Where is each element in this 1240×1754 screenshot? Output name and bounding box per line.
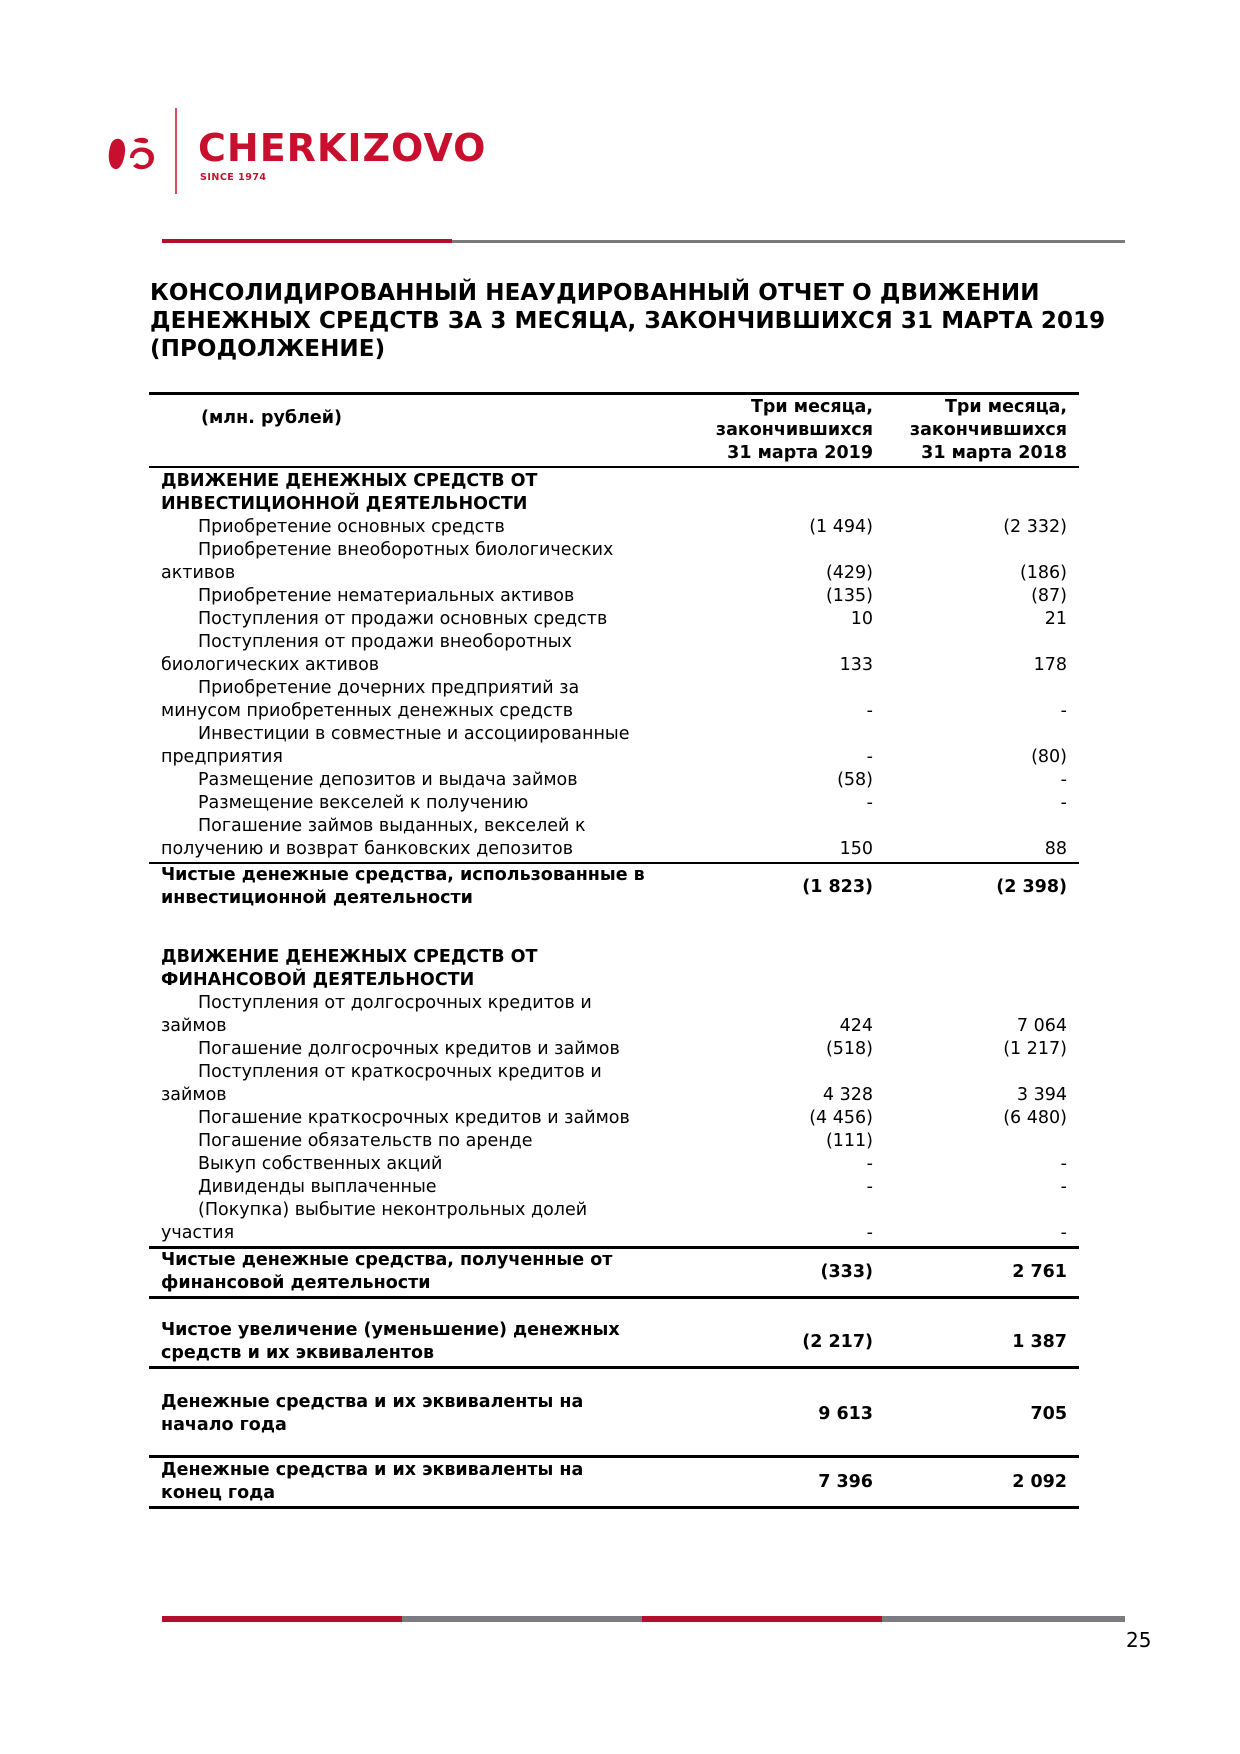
value-2018: (6 480): [1003, 1107, 1067, 1130]
row-label: Чистые денежные средства, полученные отф…: [161, 1249, 721, 1295]
row-label: Погашение займов выданных, векселей кпол…: [161, 815, 721, 861]
value-2018: 705: [1030, 1403, 1067, 1426]
value-2019: -: [867, 1153, 873, 1176]
total-rule: [149, 1455, 1079, 1458]
net-change-row: Чистое увеличение (уменьшение) денежныхс…: [161, 1319, 1079, 1365]
row-label-line: Поступления от продажи внеоборотных: [161, 631, 721, 654]
table-row: Приобретение основных средств(1 494)(2 3…: [161, 516, 1079, 539]
table-row: Поступления от продажи основных средств1…: [161, 608, 1079, 631]
table-row: Размещение векселей к получению--: [161, 792, 1079, 815]
heading-line: ИНВЕСТИЦИОННОЙ ДЕЯТЕЛЬНОСТИ: [161, 493, 721, 516]
footer-rule-segment: [162, 1616, 402, 1622]
row-label-line: Инвестиции в совместные и ассоциированны…: [161, 723, 721, 746]
total-rule: [149, 1296, 1079, 1299]
unit-label: (млн. рублей): [201, 408, 342, 428]
row-label-line: Поступления от долгосрочных кредитов и: [161, 992, 721, 1015]
row-label: Поступления от продажи внеоборотныхбиоло…: [161, 631, 721, 677]
row-label: Поступления от долгосрочных кредитов иза…: [161, 992, 721, 1038]
value-2018: -: [1061, 1222, 1067, 1245]
row-label-line: Денежные средства и их эквиваленты на: [161, 1459, 721, 1482]
row-label-line: Чистые денежные средства, использованные…: [161, 864, 721, 887]
value-2019: -: [867, 1222, 873, 1245]
value-2019: 133: [840, 654, 873, 677]
value-2019: -: [867, 792, 873, 815]
value-2018: -: [1061, 769, 1067, 792]
value-2018: 21: [1045, 608, 1067, 631]
value-2019: (1 494): [809, 516, 873, 539]
row-label-line: финансовой деятельности: [161, 1272, 721, 1295]
header-bottom-rule: [149, 466, 1079, 468]
row-label-line: Выкуп собственных акций: [161, 1153, 721, 1176]
value-2019: (135): [826, 585, 873, 608]
table-row: Приобретение дочерних предприятий замину…: [161, 677, 1079, 723]
table-row: Погашение долгосрочных кредитов и займов…: [161, 1038, 1079, 1061]
section-heading-text: ДВИЖЕНИЕ ДЕНЕЖНЫХ СРЕДСТВ ОТФИНАНСОВОЙ Д…: [161, 946, 721, 992]
row-label-line: Дивиденды выплаченные: [161, 1176, 721, 1199]
value-2018: (1 217): [1003, 1038, 1067, 1061]
column-header-2018: Три месяца, закончившихся 31 марта 2018: [877, 396, 1067, 465]
value-2019: 10: [851, 608, 873, 631]
row-label: Поступления от краткосрочных кредитов из…: [161, 1061, 721, 1107]
row-label-line: Приобретение нематериальных активов: [161, 585, 721, 608]
row-label-line: Приобретение дочерних предприятий за: [161, 677, 721, 700]
row-label: Размещение депозитов и выдача займов: [161, 769, 721, 792]
section-heading-text: ДВИЖЕНИЕ ДЕНЕЖНЫХ СРЕДСТВ ОТИНВЕСТИЦИОНН…: [161, 470, 721, 516]
row-label-line: Размещение векселей к получению: [161, 792, 721, 815]
header-rule-grey: [452, 240, 1125, 243]
value-2018: -: [1061, 1176, 1067, 1199]
table-row: Поступления от долгосрочных кредитов иза…: [161, 992, 1079, 1038]
column-header-line: Три месяца,: [683, 396, 873, 419]
row-label-line: займов: [161, 1084, 721, 1107]
row-label-line: Приобретение внеоборотных биологических: [161, 539, 721, 562]
cash-end-row: Денежные средства и их эквиваленты након…: [161, 1459, 1079, 1505]
row-label: Чистые денежные средства, использованные…: [161, 864, 721, 910]
row-label-line: Поступления от краткосрочных кредитов и: [161, 1061, 721, 1084]
row-label: Приобретение нематериальных активов: [161, 585, 721, 608]
logo-divider: [175, 108, 177, 194]
row-label-line: активов: [161, 562, 721, 585]
row-label: Погашение долгосрочных кредитов и займов: [161, 1038, 721, 1061]
value-2018: 1 387: [1012, 1331, 1067, 1354]
row-label-line: конец года: [161, 1482, 721, 1505]
row-label-line: Денежные средства и их эквиваленты на: [161, 1391, 721, 1414]
value-2019: (518): [826, 1038, 873, 1061]
value-2019: (429): [826, 562, 873, 585]
table-row: (Покупка) выбытие неконтрольных долейуча…: [161, 1199, 1079, 1245]
table-row: Приобретение нематериальных активов(135)…: [161, 585, 1079, 608]
row-label: Чистое увеличение (уменьшение) денежныхс…: [161, 1319, 721, 1365]
row-label-line: (Покупка) выбытие неконтрольных долей: [161, 1199, 721, 1222]
row-label: Дивиденды выплаченные: [161, 1176, 721, 1199]
row-label-line: начало года: [161, 1414, 721, 1437]
value-2018: (2 332): [1003, 516, 1067, 539]
row-label: Погашение краткосрочных кредитов и займо…: [161, 1107, 721, 1130]
table-bottom-rule: [149, 1506, 1079, 1509]
row-label: Приобретение дочерних предприятий замину…: [161, 677, 721, 723]
table-row: Приобретение внеоборотных биологическиха…: [161, 539, 1079, 585]
table-row: Дивиденды выплаченные--: [161, 1176, 1079, 1199]
row-label: Приобретение основных средств: [161, 516, 721, 539]
value-2018: 2 092: [1012, 1471, 1067, 1494]
value-2018: 2 761: [1012, 1261, 1067, 1284]
row-label-line: биологических активов: [161, 654, 721, 677]
row-label-line: минусом приобретенных денежных средств: [161, 700, 721, 723]
value-2018: (80): [1031, 746, 1067, 769]
table-row: Поступления от краткосрочных кредитов из…: [161, 1061, 1079, 1107]
heading-line: ФИНАНСОВОЙ ДЕЯТЕЛЬНОСТИ: [161, 969, 721, 992]
header-rule-red: [162, 239, 452, 243]
value-2019: 150: [840, 838, 873, 861]
value-2018: (186): [1020, 562, 1067, 585]
footer-rule-segment: [882, 1616, 1125, 1622]
title-line: КОНСОЛИДИРОВАННЫЙ НЕАУДИРОВАННЫЙ ОТЧЕТ О…: [150, 279, 1110, 307]
row-label-line: Чистые денежные средства, полученные от: [161, 1249, 721, 1272]
value-2019: (111): [826, 1130, 873, 1153]
section-heading: ДВИЖЕНИЕ ДЕНЕЖНЫХ СРЕДСТВ ОТФИНАНСОВОЙ Д…: [161, 946, 1079, 992]
column-header-line: 31 марта 2019: [683, 442, 873, 465]
row-label-line: Чистое увеличение (уменьшение) денежных: [161, 1319, 721, 1342]
value-2019: -: [867, 746, 873, 769]
row-label-line: получению и возврат банковских депозитов: [161, 838, 721, 861]
total-rule: [149, 1366, 1079, 1369]
row-label: Инвестиции в совместные и ассоциированны…: [161, 723, 721, 769]
footer-rule-segment: [642, 1616, 882, 1622]
title-line: (ПРОДОЛЖЕНИЕ): [150, 335, 1110, 363]
row-label: Поступления от продажи основных средств: [161, 608, 721, 631]
value-2019: 9 613: [818, 1403, 873, 1426]
footer-rule-segment: [402, 1616, 642, 1622]
row-label-line: Погашение займов выданных, векселей к: [161, 815, 721, 838]
row-label-line: Приобретение основных средств: [161, 516, 721, 539]
row-label-line: Погашение долгосрочных кредитов и займов: [161, 1038, 721, 1061]
row-label: Приобретение внеоборотных биологическиха…: [161, 539, 721, 585]
row-label-line: займов: [161, 1015, 721, 1038]
table-row: Погашение займов выданных, векселей кпол…: [161, 815, 1079, 861]
value-2018: 178: [1034, 654, 1067, 677]
value-2018: 3 394: [1017, 1084, 1067, 1107]
brand-name: CHERKIZOVO: [198, 126, 486, 170]
value-2019: -: [867, 1176, 873, 1199]
column-header-line: 31 марта 2018: [877, 442, 1067, 465]
row-label: Размещение векселей к получению: [161, 792, 721, 815]
table-row: Размещение депозитов и выдача займов(58)…: [161, 769, 1079, 792]
row-label-line: Погашение обязательств по аренде: [161, 1130, 721, 1153]
title-line: ДЕНЕЖНЫХ СРЕДСТВ ЗА 3 МЕСЯЦА, ЗАКОНЧИВШИ…: [150, 307, 1110, 335]
row-label: Денежные средства и их эквиваленты након…: [161, 1459, 721, 1505]
total-row-investing: Чистые денежные средства, использованные…: [161, 864, 1079, 910]
value-2019: (4 456): [809, 1107, 873, 1130]
value-2019: 424: [840, 1015, 873, 1038]
value-2019: 7 396: [818, 1471, 873, 1494]
row-label-line: участия: [161, 1222, 721, 1245]
value-2019: (2 217): [802, 1331, 873, 1354]
row-label: Денежные средства и их эквиваленты нанач…: [161, 1391, 721, 1437]
cherkizovo-logo-mark-icon: [108, 136, 158, 172]
value-2019: -: [867, 700, 873, 723]
cash-begin-row: Денежные средства и их эквиваленты нанач…: [161, 1391, 1079, 1437]
value-2019: (58): [837, 769, 873, 792]
value-2018: -: [1061, 1153, 1067, 1176]
page-title: КОНСОЛИДИРОВАННЫЙ НЕАУДИРОВАННЫЙ ОТЧЕТ О…: [150, 279, 1110, 363]
table-row: Поступления от продажи внеоборотныхбиоло…: [161, 631, 1079, 677]
brand-tagline: SINCE 1974: [200, 172, 267, 183]
table-top-rule: [149, 392, 1079, 395]
column-header-line: закончившихся: [683, 419, 873, 442]
table-row: Выкуп собственных акций--: [161, 1153, 1079, 1176]
value-2018: -: [1061, 792, 1067, 815]
heading-line: ДВИЖЕНИЕ ДЕНЕЖНЫХ СРЕДСТВ ОТ: [161, 946, 721, 969]
table-row: Инвестиции в совместные и ассоциированны…: [161, 723, 1079, 769]
column-header-line: закончившихся: [877, 419, 1067, 442]
row-label-line: средств и их эквивалентов: [161, 1342, 721, 1365]
value-2018: (2 398): [996, 876, 1067, 899]
page-number: 25: [1126, 1628, 1151, 1652]
value-2018: 88: [1045, 838, 1067, 861]
value-2018: (87): [1031, 585, 1067, 608]
column-header-2019: Три месяца, закончившихся 31 марта 2019: [683, 396, 873, 465]
total-row-financing: Чистые денежные средства, полученные отф…: [161, 1249, 1079, 1295]
row-label-line: предприятия: [161, 746, 721, 769]
value-2018: -: [1061, 700, 1067, 723]
row-label-line: инвестиционной деятельности: [161, 887, 721, 910]
row-label: (Покупка) выбытие неконтрольных долейуча…: [161, 1199, 721, 1245]
table-row: Погашение краткосрочных кредитов и займо…: [161, 1107, 1079, 1130]
row-label-line: Поступления от продажи основных средств: [161, 608, 721, 631]
row-label-line: Погашение краткосрочных кредитов и займо…: [161, 1107, 721, 1130]
column-header-line: Три месяца,: [877, 396, 1067, 419]
heading-line: ДВИЖЕНИЕ ДЕНЕЖНЫХ СРЕДСТВ ОТ: [161, 470, 721, 493]
row-label: Выкуп собственных акций: [161, 1153, 721, 1176]
section-heading: ДВИЖЕНИЕ ДЕНЕЖНЫХ СРЕДСТВ ОТИНВЕСТИЦИОНН…: [161, 470, 1079, 516]
value-2019: (333): [820, 1261, 873, 1284]
value-2019: (1 823): [802, 876, 873, 899]
value-2019: 4 328: [823, 1084, 873, 1107]
row-label: Погашение обязательств по аренде: [161, 1130, 721, 1153]
value-2018: 7 064: [1017, 1015, 1067, 1038]
row-label-line: Размещение депозитов и выдача займов: [161, 769, 721, 792]
table-row: Погашение обязательств по аренде(111): [161, 1130, 1079, 1153]
